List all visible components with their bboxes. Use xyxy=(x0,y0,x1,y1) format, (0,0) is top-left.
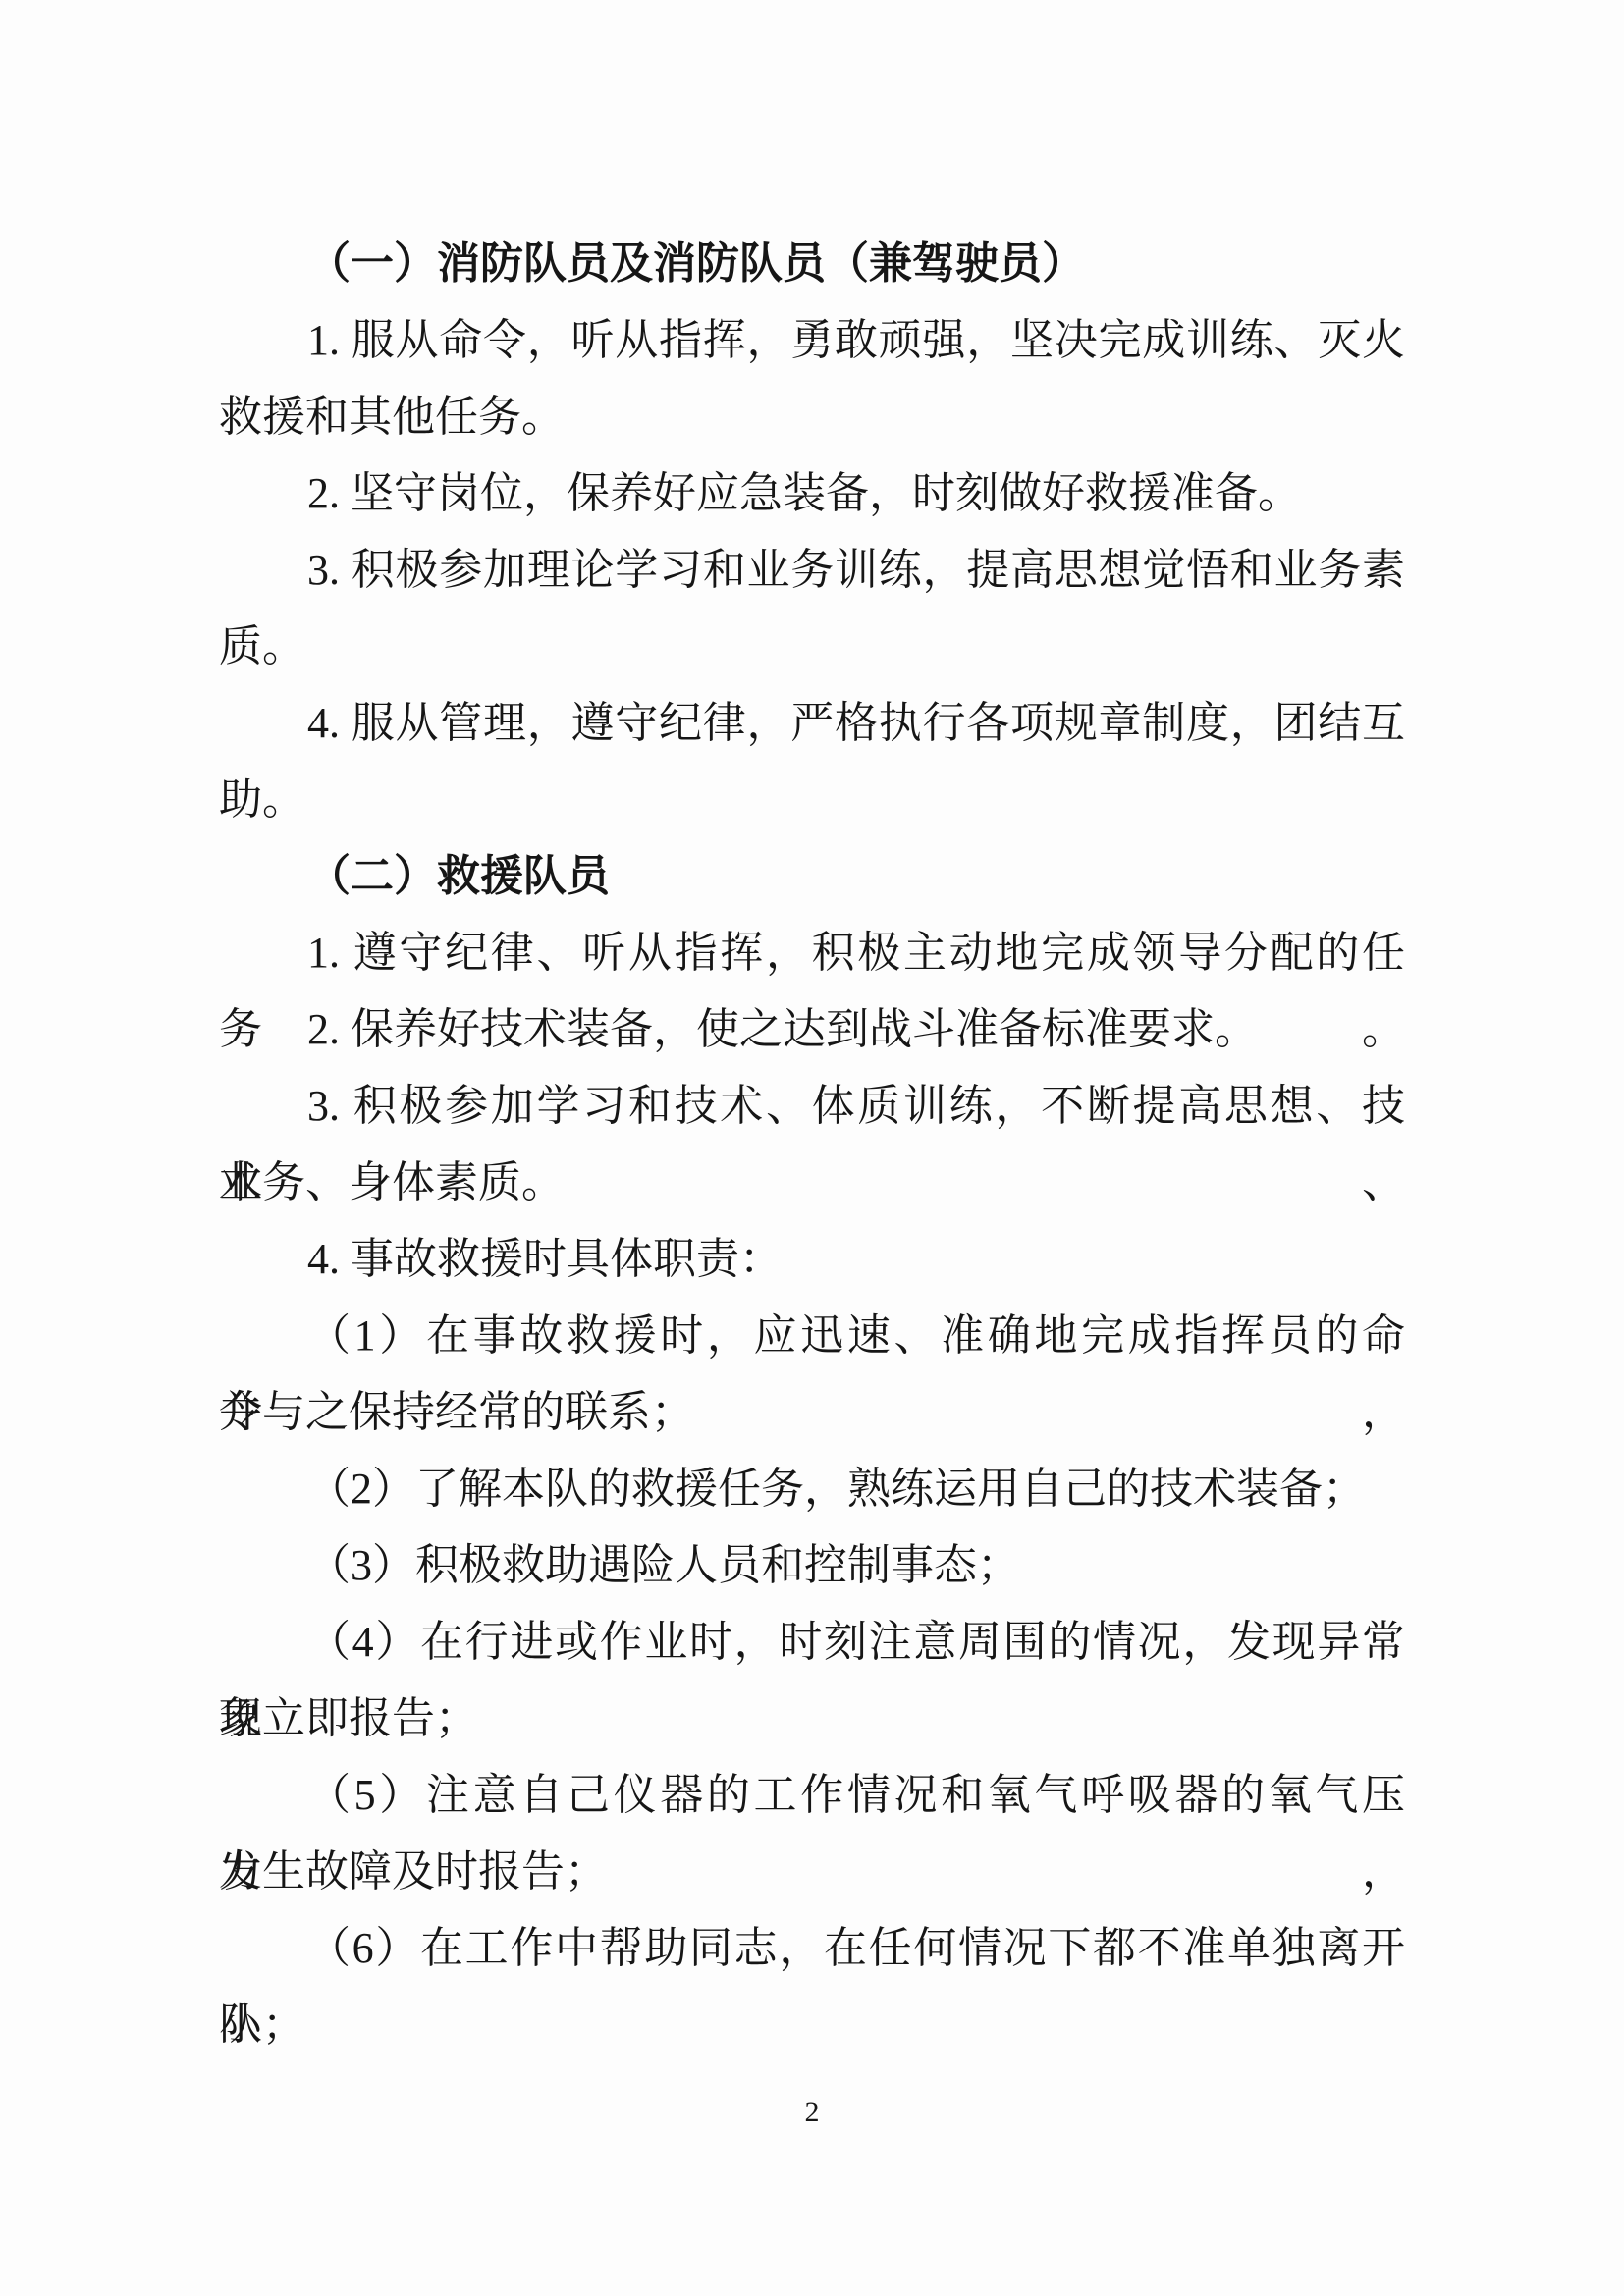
text-line: （2）了解本队的救援任务，熟练运用自己的技术装备； xyxy=(219,1451,1405,1527)
text-line: 队； xyxy=(219,1987,1405,2063)
text-line: 4. 事故救援时具体职责： xyxy=(219,1221,1405,1298)
text-line: （4）在行进或作业时，时刻注意周围的情况，发现异常现 xyxy=(219,1604,1405,1681)
text-line: （5）注意自己仪器的工作情况和氧气呼吸器的氧气压力， xyxy=(219,1757,1405,1834)
text-line: （3）积极救助遇险人员和控制事态； xyxy=(219,1527,1405,1604)
section-heading-line: （二）救援队员 xyxy=(219,838,1405,915)
page-number: 2 xyxy=(0,2093,1624,2132)
text-line: （1）在事故救援时，应迅速、准确地完成指挥员的命令， xyxy=(219,1298,1405,1374)
text-line: 质。 xyxy=(219,609,1405,685)
text-line: 3. 积极参加理论学习和业务训练，提高思想觉悟和业务素 xyxy=(219,532,1405,609)
text-line: （6）在工作中帮助同志，在任何情况下都不准单独离开小 xyxy=(219,1910,1405,1987)
text-line: 3. 积极参加学习和技术、体质训练，不断提高思想、技术、 xyxy=(219,1068,1405,1145)
text-line: 4. 服从管理，遵守纪律，严格执行各项规章制度，团结互 xyxy=(219,685,1405,762)
text-line: 1. 服从命令，听从指挥，勇敢顽强，坚决完成训练、灭火 xyxy=(219,302,1405,379)
document-lines: （一）消防队员及消防队员（兼驾驶员）1. 服从命令，听从指挥，勇敢顽强，坚决完成… xyxy=(219,226,1405,2063)
text-line: 1. 遵守纪律、听从指挥，积极主动地完成领导分配的任务。 xyxy=(219,915,1405,991)
section-heading-line: （一）消防队员及消防队员（兼驾驶员） xyxy=(219,226,1405,302)
text-line: 2. 保养好技术装备，使之达到战斗准备标准要求。 xyxy=(219,991,1405,1068)
text-line: 2. 坚守岗位，保养好应急装备，时刻做好救援准备。 xyxy=(219,455,1405,532)
text-line: 助。 xyxy=(219,762,1405,838)
document-page: （一）消防队员及消防队员（兼驾驶员）1. 服从命令，听从指挥，勇敢顽强，坚决完成… xyxy=(0,0,1624,2296)
text-line: 救援和其他任务。 xyxy=(219,379,1405,455)
text-line: 象立即报告； xyxy=(219,1681,1405,1757)
